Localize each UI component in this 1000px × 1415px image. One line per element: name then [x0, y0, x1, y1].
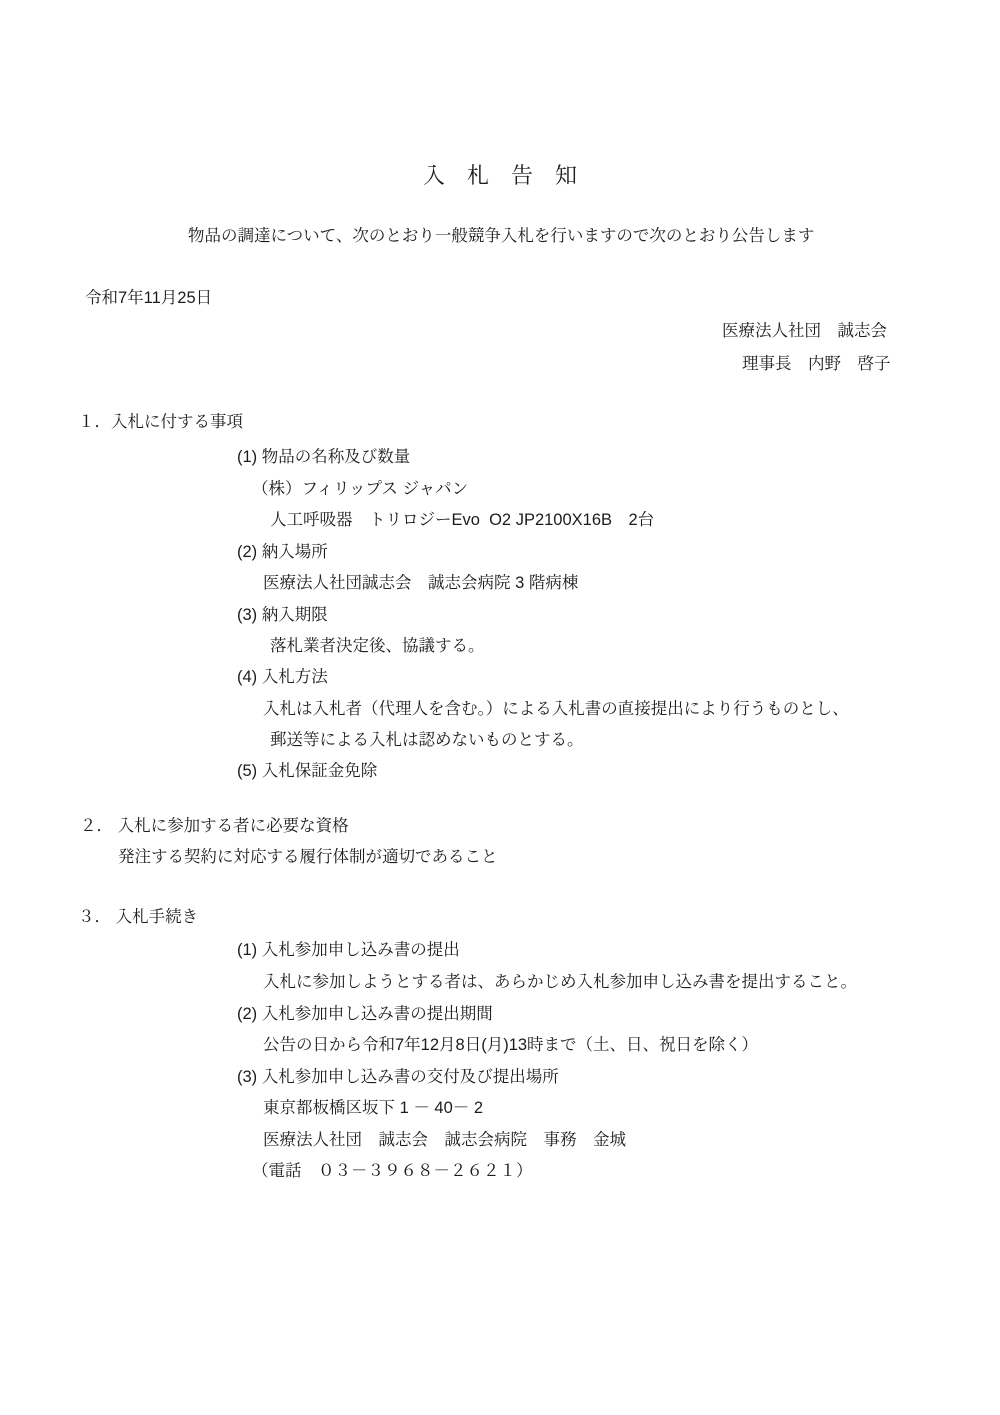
- bid-notice-document: 入 札 告 知 物品の調達について、次のとおり一般競争入札を行いますので次のとお…: [0, 0, 1000, 1415]
- issuer-representative: 理事長 内野 啓子: [742, 354, 891, 375]
- item-title: (1) 物品の名称及び数量: [237, 447, 410, 468]
- item-line: 入札は入札者（代理人を含む。）による入札書の直接提出により行うものとし、: [263, 699, 849, 720]
- section-heading: １．入札に付する事項: [78, 412, 243, 433]
- item-line: 落札業者決定後、協議する。: [270, 636, 485, 657]
- item-line: 入札に参加しようとする者は、あらかじめ入札参加申し込み書を提出すること。: [263, 972, 857, 993]
- item-line: 公告の日から令和7年12月8日(月)13時まで（土、日、祝日を除く）: [263, 1035, 758, 1056]
- item-title: (1) 入札参加申し込み書の提出: [237, 940, 460, 961]
- item-line: 東京都板橋区坂下 1 － 40－ 2: [263, 1098, 483, 1119]
- item-title: (2) 入札参加申し込み書の提出期間: [237, 1004, 493, 1025]
- item-line: （電話 ０３－３９６８－２６２１）: [252, 1161, 533, 1182]
- item-title: (3) 入札参加申し込み書の交付及び提出場所: [237, 1067, 559, 1088]
- item-line: 医療法人社団 誠志会 誠志会病院 事務 金城: [263, 1130, 626, 1151]
- issuer-organization: 医療法人社団 誠志会: [722, 321, 887, 342]
- item-title: (5) 入札保証金免除: [237, 761, 377, 782]
- document-date: 令和7年11月25日: [85, 288, 212, 309]
- item-title: (3) 納入期限: [237, 605, 328, 626]
- item-line: （株）フィリップス ジャパン: [252, 479, 468, 500]
- section-heading: ２． 入札に参加する者に必要な資格: [80, 816, 349, 837]
- section-heading: ３． 入札手続き: [78, 907, 198, 928]
- intro-text: 物品の調達について、次のとおり一般競争入札を行いますので次のとおり公告します: [188, 226, 814, 247]
- page-title: 入 札 告 知: [0, 159, 1000, 190]
- item-line: 人工呼吸器 トリロジーEvo O2 JP2100X16B 2台: [270, 510, 654, 531]
- item-line: 医療法人社団誠志会 誠志会病院 3 階病棟: [263, 573, 578, 594]
- item-title: (2) 納入場所: [237, 542, 328, 563]
- item-title: (4) 入札方法: [237, 667, 328, 688]
- item-line: 郵送等による入札は認めないものとする。: [270, 730, 584, 751]
- section-body: 発注する契約に対応する履行体制が適切であること: [118, 847, 498, 868]
